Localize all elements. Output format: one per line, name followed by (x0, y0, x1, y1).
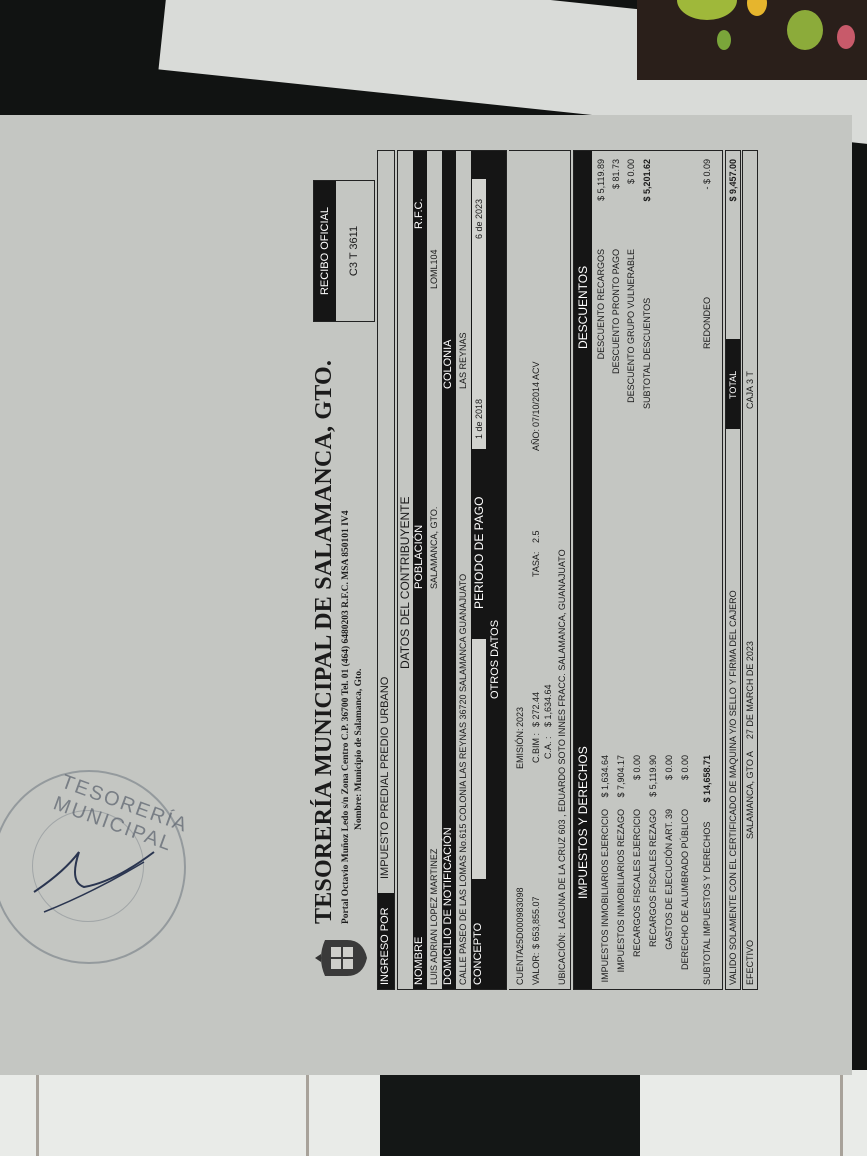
domicilio-label: DOMICILIO DE NOTIFICACIÓN (442, 827, 454, 985)
cuenta-value: 25D000983098 (515, 887, 525, 949)
total-value: $ 9,457.00 (728, 159, 738, 229)
signature-icon (24, 842, 164, 922)
redondeo-value: - $ 0.09 (702, 159, 712, 229)
impuestos-subtotal-label: SUBTOTAL IMPUESTOS Y DERECHOS (702, 822, 712, 985)
concepto-label: CONCEPTO (472, 923, 484, 985)
impuestos-title: IMPUESTOS Y DERECHOS (576, 746, 590, 899)
treasury-title: TESORERÍA MUNICIPAL DE SALAMANCA, GTO. (311, 360, 338, 924)
footer-row-2: EFECTIVO SALAMANCA, GTO A 27 DE MARCH DE… (742, 150, 758, 990)
descuento-item-label: DESCUENTO GRUPO VULNERABLE (626, 249, 636, 403)
total-label: TOTAL (728, 371, 738, 399)
ubicacion-value: LAGUNA DE LA CRUZ 603 , EDUARDO SOTO INN… (557, 549, 567, 929)
ingreso-por-value: IMPUESTO PREDIAL PREDIO URBANO (379, 677, 391, 879)
periodo-desde: 1 de 2018 (474, 399, 484, 439)
anio-value: 07/10/2014 ACV (531, 361, 541, 427)
impuesto-item-amount: $ 5,119.90 (648, 755, 658, 825)
rfc-value: LOML104 (429, 249, 439, 289)
descuento-item-label: DESCUENTO RECARGOS (596, 249, 606, 359)
impuesto-item-amount: $ 1,634.64 (600, 755, 610, 825)
ubicacion-label: UBICACIÓN: (557, 932, 567, 985)
rfc-label: R.F.C. (413, 198, 425, 229)
cbim-label: C.BIM : (531, 733, 541, 763)
impuestos-descuentos-section: IMPUESTOS Y DERECHOS DESCUENTOS IMPUESTO… (573, 150, 723, 990)
poblacion-value: SALAMANCA, GTO. (429, 507, 439, 589)
nombre-label: NOMBRE (413, 937, 425, 985)
descuento-item-amount: $ 0.00 (626, 159, 636, 229)
impuesto-item-amount: $ 0.00 (632, 755, 642, 825)
domicilio-value: CALLE PASEO DE LAS LOMAS No.615 COLONIA … (458, 574, 468, 985)
impuesto-item-amount: $ 0.00 (664, 755, 674, 825)
background-shoe (380, 1070, 640, 1156)
treasury-seal: TESORERÍA MUNICIPAL (0, 770, 186, 964)
official-receipt-label: RECIBO OFICIAL (314, 181, 336, 321)
impuesto-item-amount: $ 0.00 (680, 755, 690, 825)
redondeo-label: REDONDEO (702, 297, 712, 349)
ca-value: $ 1,634.64 (543, 684, 553, 727)
receipt: TESORERÍA MUNICIPAL DE SALAMANCA, GTO. P… (305, 140, 845, 990)
impuesto-item-label: RECARGOS FISCALES EJERCICIO (632, 809, 642, 957)
official-receipt-folio: C3 T 3611 (336, 181, 372, 321)
emision-label: EMISIÓN: (515, 728, 525, 769)
impuesto-item-label: IMPUESTOS INMOBILIARIOS REZAGO (616, 809, 626, 972)
contribuyente-title: DATOS DEL CONTRIBUYENTE (398, 497, 412, 669)
valor-value: $ 653,855.07 (531, 896, 541, 949)
valor-label: VALOR: (531, 953, 541, 985)
colonia-value: LAS REYNAS (458, 332, 468, 389)
descuento-item-label: DESCUENTO PRONTO PAGO (611, 249, 621, 374)
otros-datos-section: CUENTA: 25D000983098 EMISIÓN: 2023 VALOR… (509, 150, 571, 990)
periodo-hasta: 6 de 2023 (474, 199, 484, 239)
descuentos-subtotal: $ 5,201.62 (642, 159, 652, 229)
anio-label: AÑO: (531, 429, 541, 451)
contribuyente-section: DATOS DEL CONTRIBUYENTE NOMBRE POBLACIÓN… (397, 150, 507, 990)
municipal-crest-icon (313, 932, 369, 984)
colonia-label: COLONIA (442, 339, 454, 389)
emision-value: 2023 (515, 707, 525, 727)
descuento-item-amount: $ 5,119.89 (596, 159, 606, 229)
treasury-address: Portal Octavio Muñoz Ledo s/n Zona Centr… (341, 511, 351, 924)
place-date: SALAMANCA, GTO A 27 DE MARCH DE 2023 (745, 641, 755, 839)
impuesto-item-label: RECARGOS FISCALES REZAGO (648, 809, 658, 947)
impuestos-subtotal: $ 14,658.71 (702, 755, 712, 825)
periodo-label: PERIODO DE PAGO (472, 497, 486, 609)
impuesto-item-amount: $ 7,904.17 (616, 755, 626, 825)
impuesto-item-label: DERECHO DE ALUMBRADO PÚBLICO (680, 809, 690, 970)
validity-note: VALIDO SOLAMENTE CON EL CERTIFICADO DE M… (728, 590, 738, 985)
otros-datos-title: OTROS DATOS (489, 620, 501, 699)
cbim-value: $ 272.44 (531, 692, 541, 727)
ingreso-por-label: INGRESO POR (379, 907, 391, 985)
impuesto-item-label: IMPUESTOS INMOBILIARIOS EJERCICIO (600, 809, 610, 982)
caja-value: CAJA 3 T (745, 371, 755, 409)
ca-label: C.A. : (543, 736, 553, 759)
payment-method: EFECTIVO (745, 940, 755, 985)
descuentos-title: DESCUENTOS (576, 266, 590, 349)
tasa-label: TASA: (531, 552, 541, 577)
tasa-value: 2.5 (531, 530, 541, 543)
treasury-name: Nombre: Municipio de Salamanca, Gto. (354, 669, 364, 830)
ingreso-por-row: INGRESO POR IMPUESTO PREDIAL PREDIO URBA… (377, 150, 395, 990)
descuento-item-amount: $ 81.73 (611, 159, 621, 229)
descuentos-subtotal-label: SUBTOTAL DESCUENTOS (642, 298, 652, 409)
nombre-value: LUIS ADRIAN LOPEZ MARTINEZ (429, 849, 439, 985)
poblacion-label: POBLACIÓN (413, 525, 425, 589)
official-receipt-box: RECIBO OFICIAL C3 T 3611 (313, 180, 375, 322)
impuesto-item-label: GASTOS DE EJECUCIÓN ART. 39 (664, 809, 674, 950)
cuenta-label: CUENTA: (515, 946, 525, 985)
background-fabric (637, 0, 867, 80)
footer-row-1: VALIDO SOLAMENTE CON EL CERTIFICADO DE M… (725, 150, 741, 990)
